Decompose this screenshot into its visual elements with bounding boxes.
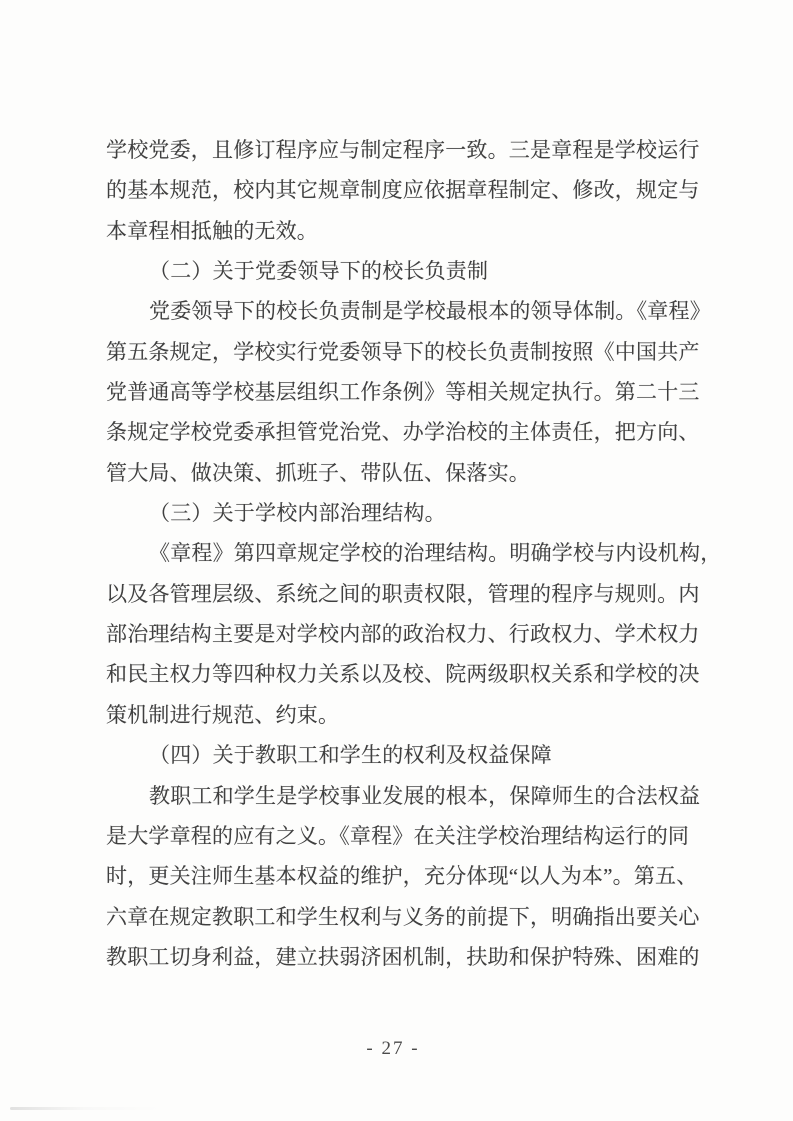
body-text-line: 党普通高等学校基层组织工作条例》等相关规定执行。第二十三 xyxy=(106,372,696,412)
body-text-line: 教职工切身利益，建立扶弱济困机制，扶助和保护特殊、困难的 xyxy=(106,937,696,977)
body-text-line: 六章在规定教职工和学生权利与义务的前提下，明确指出要关心 xyxy=(106,897,696,937)
body-text-line: 《章程》第四章规定学校的治理结构。明确学校与内设机构， xyxy=(106,533,696,573)
body-text-line: 的基本规范，校内其它规章制度应依据章程制定、修改，规定与 xyxy=(106,170,696,210)
body-text-line: 本章程相抵触的无效。 xyxy=(106,211,696,251)
section-heading-line: （三）关于学校内部治理结构。 xyxy=(106,493,696,533)
body-text-line: 第五条规定，学校实行党委领导下的校长负责制按照《中国共产 xyxy=(106,332,696,372)
body-text-line: 教职工和学生是学校事业发展的根本，保障师生的合法权益 xyxy=(106,776,696,816)
body-text-line: 是大学章程的应有之义。《章程》在关注学校治理结构运行的同 xyxy=(106,816,696,856)
body-text-line: 时，更关注师生基本权益的维护，充分体现“以人为本”。第五、 xyxy=(106,856,696,896)
scan-smudge-artifact xyxy=(10,1107,160,1110)
section-heading-line: （四）关于教职工和学生的权利及权益保障 xyxy=(106,735,696,775)
body-text-line: 学校党委，且修订程序应与制定程序一致。三是章程是学校运行 xyxy=(106,130,696,170)
page-number: - 27 - xyxy=(0,1038,786,1060)
body-text-line: 党委领导下的校长负责制是学校最根本的领导体制。《章程》 xyxy=(106,291,696,331)
body-text-line: 条规定学校党委承担管党治党、办学治校的主体责任，把方向、 xyxy=(106,412,696,452)
body-text-line: 以及各管理层级、系统之间的职责权限，管理的程序与规则。内 xyxy=(106,574,696,614)
scanned-document-page: 学校党委，且修订程序应与制定程序一致。三是章程是学校运行的基本规范，校内其它规章… xyxy=(0,0,793,1121)
body-text-line: 管大局、做决策、抓班子、带队伍、保落实。 xyxy=(106,453,696,493)
section-heading-line: （二）关于党委领导下的校长负责制 xyxy=(106,251,696,291)
body-text-line: 策机制进行规范、约束。 xyxy=(106,695,696,735)
body-text-line: 部治理结构主要是对学校内部的政治权力、行政权力、学术权力 xyxy=(106,614,696,654)
body-text-line: 和民主权力等四种权力关系以及校、院两级职权关系和学校的决 xyxy=(106,654,696,694)
document-body: 学校党委，且修订程序应与制定程序一致。三是章程是学校运行的基本规范，校内其它规章… xyxy=(106,130,696,977)
